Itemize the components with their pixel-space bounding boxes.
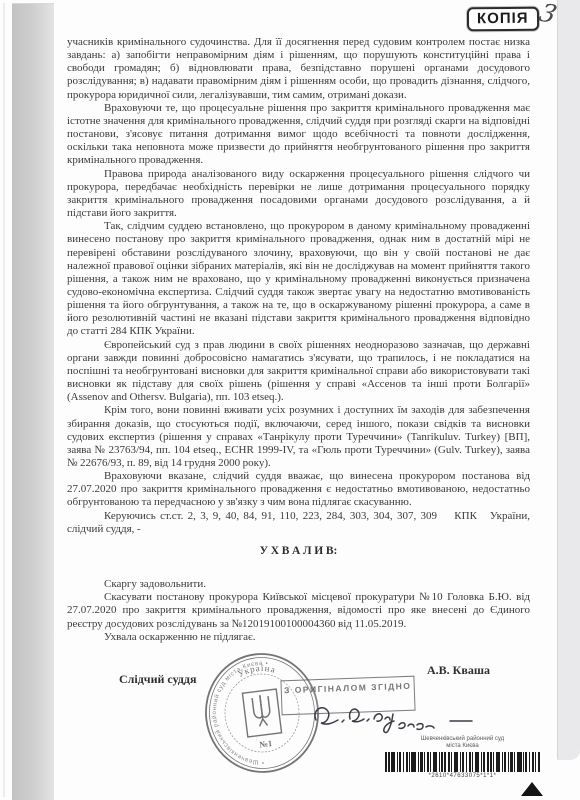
- black-triangle-marker-icon: [521, 782, 543, 796]
- judge-name: А.В. Кваша: [427, 663, 490, 678]
- trident-icon: [252, 694, 272, 727]
- seal-number: №1: [259, 738, 273, 749]
- scan-fold-shadow: [12, 4, 54, 800]
- resolution-paragraph: Ухвала оскарженню не підлягає.: [67, 631, 530, 644]
- barcode-court-city: міста Києва: [385, 743, 540, 750]
- ruling-heading: У Х В А Л И В:: [67, 545, 530, 558]
- barcode: [385, 752, 540, 772]
- scan-edge-line: [3, 3, 5, 797]
- body-paragraph: Так, слідчим суддею встановлено, що прок…: [67, 220, 530, 338]
- barcode-court-name: Шевченківський районний суд: [385, 736, 540, 743]
- scan-background-strip: [557, 0, 580, 760]
- document-body: учасників кримінального судочинства. Для…: [67, 36, 530, 644]
- court-barcode-block: Шевченківський районний суд міста Києва …: [385, 736, 540, 779]
- scanned-court-document: КОПІЯ 3 учасників кримінального судочинс…: [0, 0, 580, 800]
- body-paragraph: Крім того, вони повинні вживати усіх роз…: [67, 404, 530, 470]
- body-paragraph: Керуючись ст.ст. 2, 3, 9, 40, 84, 91, 11…: [67, 510, 530, 536]
- resolution-paragraph: Скасувати постанову прокурора Київської …: [67, 591, 530, 630]
- body-paragraph: учасників кримінального судочинства. Для…: [67, 36, 530, 102]
- copy-stamp: КОПІЯ: [467, 7, 539, 32]
- barcode-code: *2610*47633075*1*1*: [385, 773, 540, 779]
- resolution-paragraph: Скаргу задовольнити.: [67, 578, 530, 591]
- body-paragraph: Враховуючи те, що процесуальне рішення п…: [67, 102, 530, 168]
- body-paragraph: Правова природа аналізованого виду оскар…: [67, 168, 530, 221]
- body-paragraph: Враховуючи вказане, слідчий суддя вважає…: [67, 470, 530, 509]
- judge-title: Слідчий суддя: [119, 672, 196, 687]
- handwritten-signature: [308, 698, 480, 736]
- certified-copy-stamp-text: З ОРИГІНАЛОМ ЗГІДНО: [284, 681, 412, 695]
- body-paragraph: Європейський суд з прав людини в своїх р…: [67, 339, 530, 405]
